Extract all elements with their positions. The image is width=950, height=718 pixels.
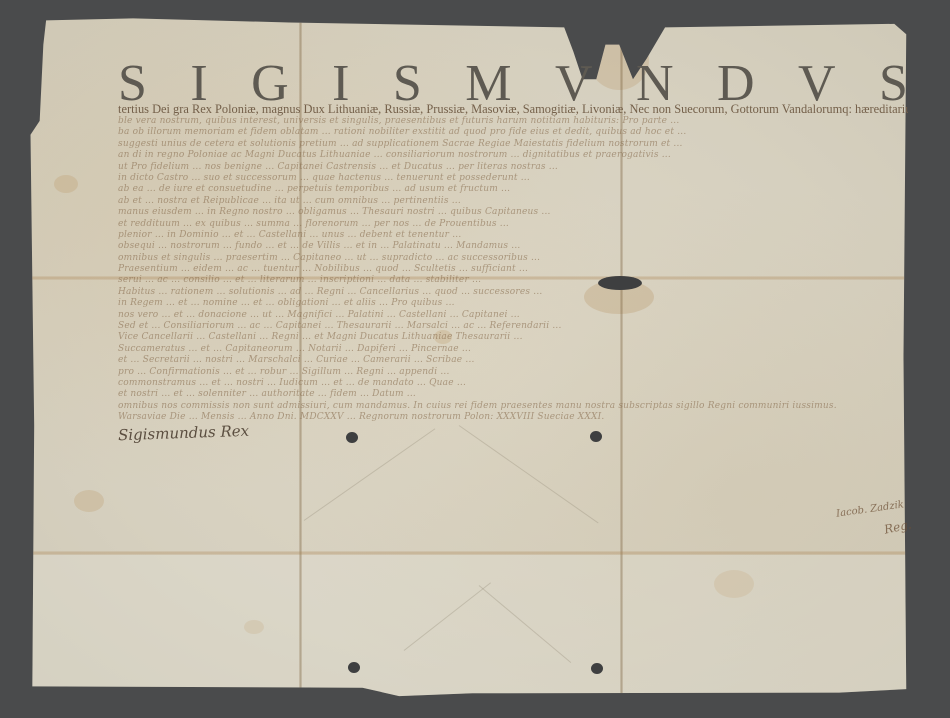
text-line: omnibus et singulis ... praesertim ... C… — [118, 253, 908, 264]
text-line: omnibus nos commissis non sunt admissiur… — [118, 401, 908, 412]
text-line: plenior ... in Dominio ... et ... Castel… — [118, 230, 908, 241]
text-line: manus eiusdem ... in Regno nostro ... ob… — [118, 207, 908, 218]
text-line: suggesti unius de cetera et solutionis p… — [118, 139, 908, 150]
text-line: commonstramus ... et ... nostri ... Iudi… — [118, 378, 908, 389]
stain — [54, 175, 78, 193]
text-line: et reddituum ... ex quibus ... summa ...… — [118, 219, 908, 230]
text-line: ba ob illorum memoriam et fidem oblatam … — [118, 127, 908, 138]
text-line: ble vera nostrum, quibus interest, unive… — [118, 116, 908, 127]
royal-intitulatio: tertius Dei gra Rex Poloniæ, magnus Dux … — [118, 102, 908, 117]
text-line: et ... Secretarii ... nostri ... Marscha… — [118, 355, 908, 366]
text-line: Praesentium ... eidem ... ac ... tuentur… — [118, 264, 908, 275]
text-line: obsequi ... nostrorum ... fundo ... et .… — [118, 241, 908, 252]
text-line: pro ... Confirmationis ... et ... robur … — [118, 367, 908, 378]
stain — [74, 490, 104, 512]
text-line: ut Pro fidelium ... nos benigne ... Capi… — [118, 162, 908, 173]
text-line: Sed et ... Consiliariorum ... ac ... Cap… — [118, 321, 908, 332]
text-line: an di in regno Poloniae ac Magni Ducatus… — [118, 150, 908, 161]
crease — [459, 425, 599, 523]
text-line: in Regem ... et ... nomine ... et ... ob… — [118, 298, 908, 309]
cord-hole — [590, 431, 602, 442]
text-line: ab et ... nostra et Reipublicae ... ita … — [118, 196, 908, 207]
text-line: serui ... ac ... consilio ... et ... lit… — [118, 275, 908, 286]
cord-hole — [591, 663, 603, 674]
text-line: nos vero ... et ... donacione ... ut ...… — [118, 310, 908, 321]
cord-hole — [346, 432, 358, 443]
fold-line-horizontal — [14, 551, 931, 555]
lower-fold-plica — [14, 555, 931, 703]
text-line: Habitus ... rationem ... solutionis ... … — [118, 287, 908, 298]
text-line: et nostri ... et ... solenniter ... auth… — [118, 389, 908, 400]
text-line: ab ea ... de iure et consuetudine ... pe… — [118, 184, 908, 195]
text-line: Vice Cancellarii ... Castellani ... Regn… — [118, 332, 908, 343]
charter-body-text: ble vera nostrum, quibus interest, unive… — [118, 116, 908, 424]
cord-hole — [348, 662, 360, 673]
crease — [304, 428, 436, 521]
text-line: Succameratus ... et ... Capitaneorum ...… — [118, 344, 908, 355]
text-line: in dicto Castro ... suo et successorum .… — [118, 173, 908, 184]
